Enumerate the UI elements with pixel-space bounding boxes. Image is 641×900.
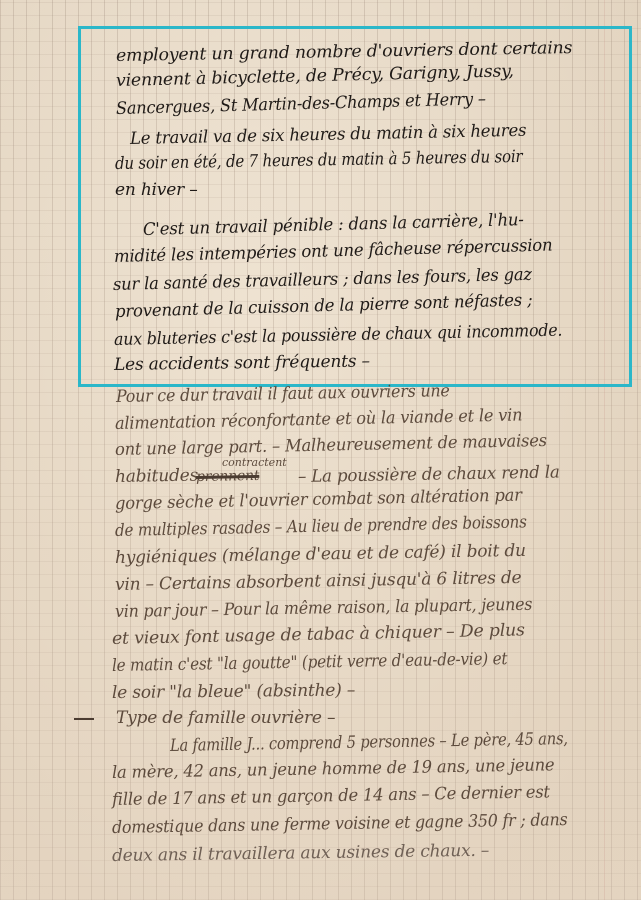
manuscript-line-12: Les accidents sont fréquents – — [114, 351, 370, 375]
margin-line — [604, 0, 605, 900]
struck-word: prennent — [196, 466, 260, 487]
inserted-correction: contractent — [222, 456, 287, 469]
manuscript-line-6: en hiver – — [115, 180, 198, 200]
section-heading: Type de famille ouvrière – — [116, 708, 335, 728]
manuscript-line-24: le soir "la bleue" (absinthe) – — [112, 680, 355, 703]
manuscript-line-16-start: habitudes — [115, 466, 198, 487]
section-dash — [74, 718, 94, 720]
